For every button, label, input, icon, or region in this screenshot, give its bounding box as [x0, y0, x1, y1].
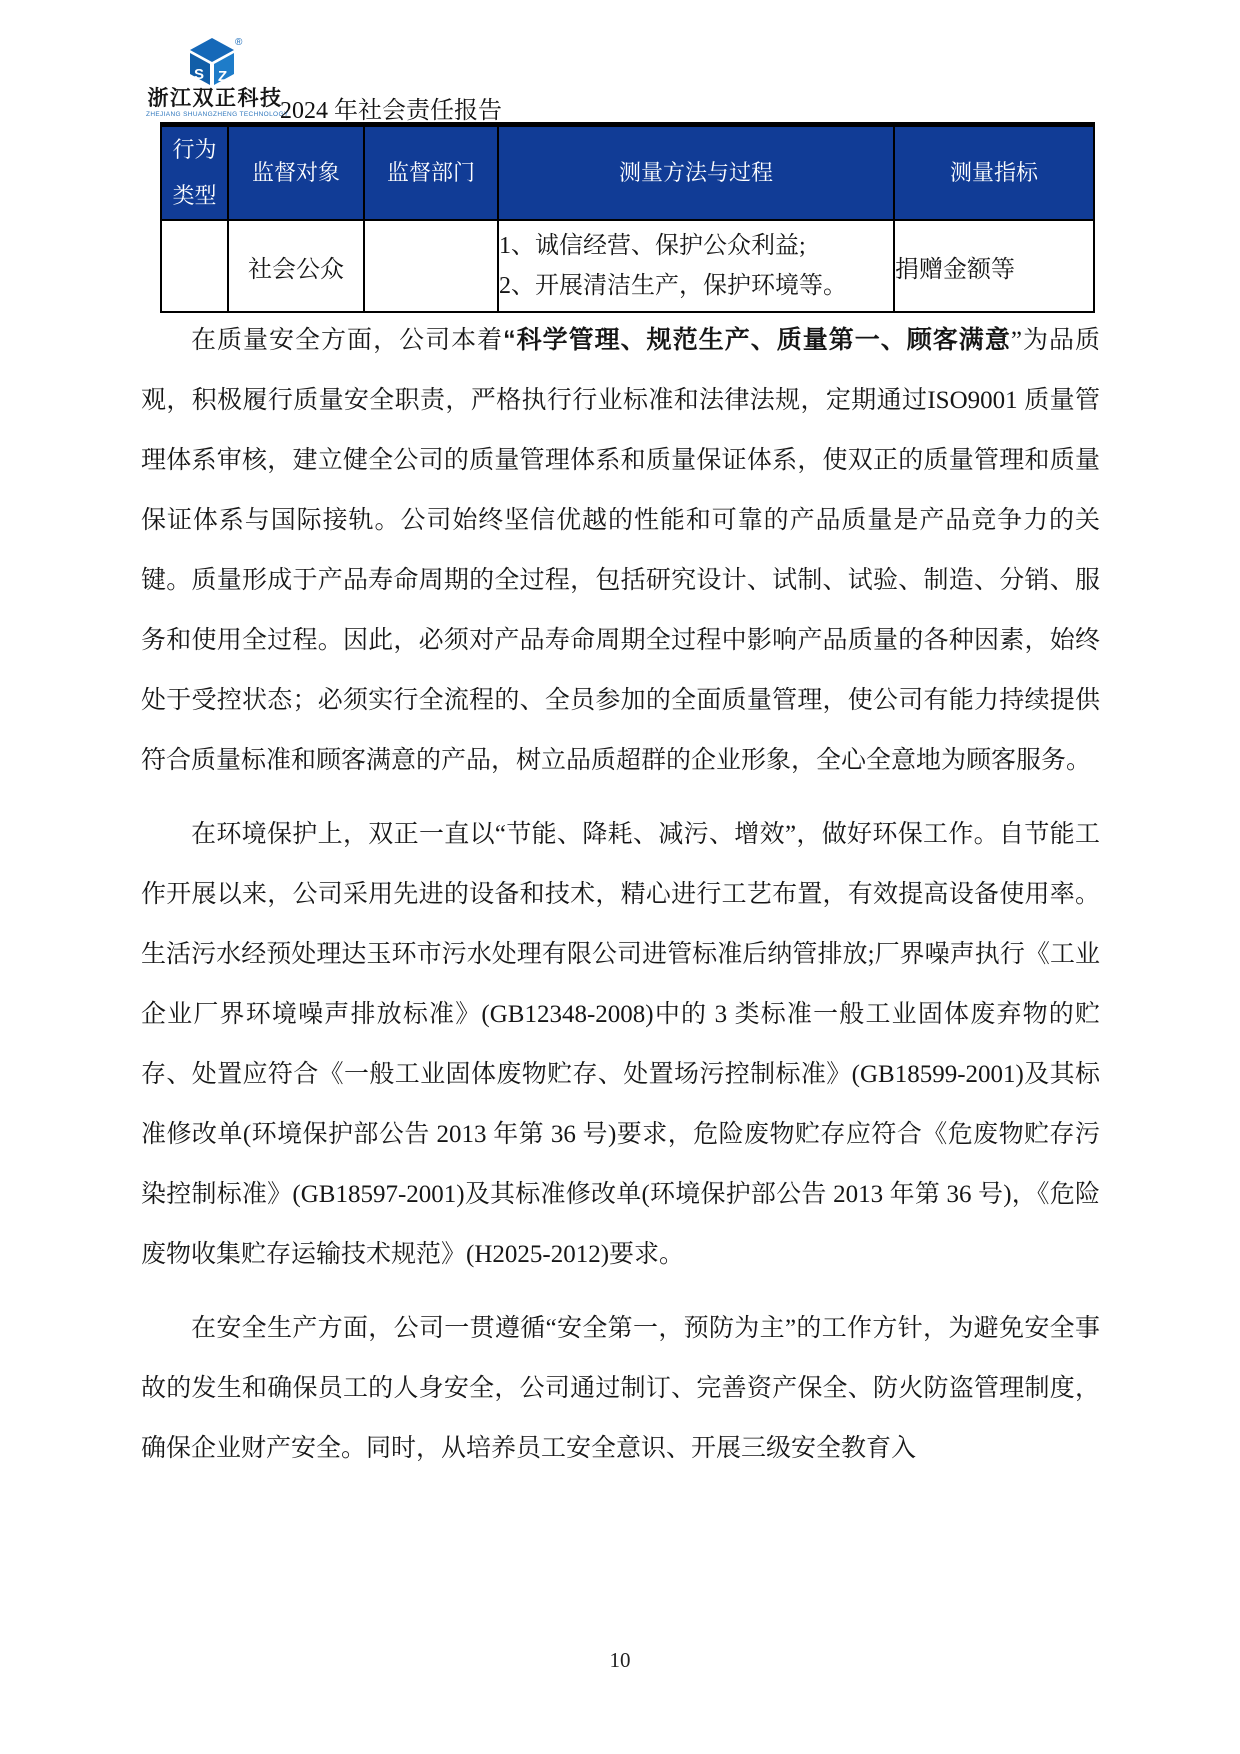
col-header-supervision-department: 监督部门: [364, 125, 498, 221]
quality-slogan-bold: “科学管理、规范生产、质量第一、顾客满意: [503, 326, 1011, 354]
cell-supervised-object: 社会公众: [228, 220, 364, 312]
cell-behavior-type: [161, 220, 228, 312]
col-header-measurement-method: 测量方法与过程: [498, 125, 894, 221]
doc-title: 2024 年社会责任报告: [280, 90, 502, 125]
logo-name-cn: 浙江双正科技: [146, 88, 284, 110]
logo-cube-icon: S Z ®: [186, 36, 244, 88]
col-header-behavior-type: 行为类型: [161, 125, 228, 221]
cell-measurement-indicator: 捐赠金额等: [894, 220, 1094, 312]
col-header-supervised-object: 监督对象: [228, 125, 364, 221]
body-text: 在质量安全方面，公司本着“科学管理、规范生产、质量第一、顾客满意”为品质观，积极…: [141, 310, 1100, 1479]
supervision-table: 行为类型 监督对象 监督部门 测量方法与过程 测量指标 社会公众 1、诚信经营、…: [160, 122, 1095, 313]
logo-name-en: ZHEJIANG SHUANGZHENG TECHNOLOGY: [146, 111, 284, 118]
col-header-measurement-indicator: 测量指标: [894, 125, 1094, 221]
cell-measurement-method: 1、诚信经营、保护公众利益; 2、开展清洁生产，保护环境等。: [498, 220, 894, 312]
page-number: 10: [0, 1648, 1240, 1673]
paragraph-quality-prefix: 在质量安全方面，公司本着: [191, 327, 503, 354]
paragraph-safety: 在安全生产方面，公司一贯遵循“安全第一，预防为主”的工作方针，为避免安全事故的发…: [141, 1299, 1100, 1479]
table-row: 社会公众 1、诚信经营、保护公众利益; 2、开展清洁生产，保护环境等。 捐赠金额…: [161, 220, 1094, 312]
registered-trademark-icon: ®: [235, 37, 243, 48]
logo-letter-z: Z: [218, 68, 227, 85]
measurement-method-line-2: 2、开展清洁生产，保护环境等。: [499, 266, 893, 306]
cell-supervision-department: [364, 220, 498, 312]
paragraph-environment: 在环境保护上，双正一直以“节能、降耗、减污、增效”，做好环保工作。自节能工作开展…: [141, 805, 1100, 1285]
paragraph-quality: 在质量安全方面，公司本着“科学管理、规范生产、质量第一、顾客满意”为品质观，积极…: [141, 310, 1100, 791]
logo-letter-s: S: [194, 66, 204, 83]
page-header: S Z ® 浙江双正科技 ZHEJIANG SHUANGZHENG TECHNO…: [146, 36, 1106, 122]
paragraph-quality-body: ”为品质观，积极履行质量安全职责，严格执行行业标准和法律法规，定期通过ISO90…: [141, 327, 1100, 774]
measurement-method-line-1: 1、诚信经营、保护公众利益;: [499, 226, 893, 266]
company-logo: S Z ® 浙江双正科技 ZHEJIANG SHUANGZHENG TECHNO…: [146, 36, 284, 118]
report-page: S Z ® 浙江双正科技 ZHEJIANG SHUANGZHENG TECHNO…: [0, 0, 1240, 1754]
table-header-row: 行为类型 监督对象 监督部门 测量方法与过程 测量指标: [161, 125, 1094, 221]
